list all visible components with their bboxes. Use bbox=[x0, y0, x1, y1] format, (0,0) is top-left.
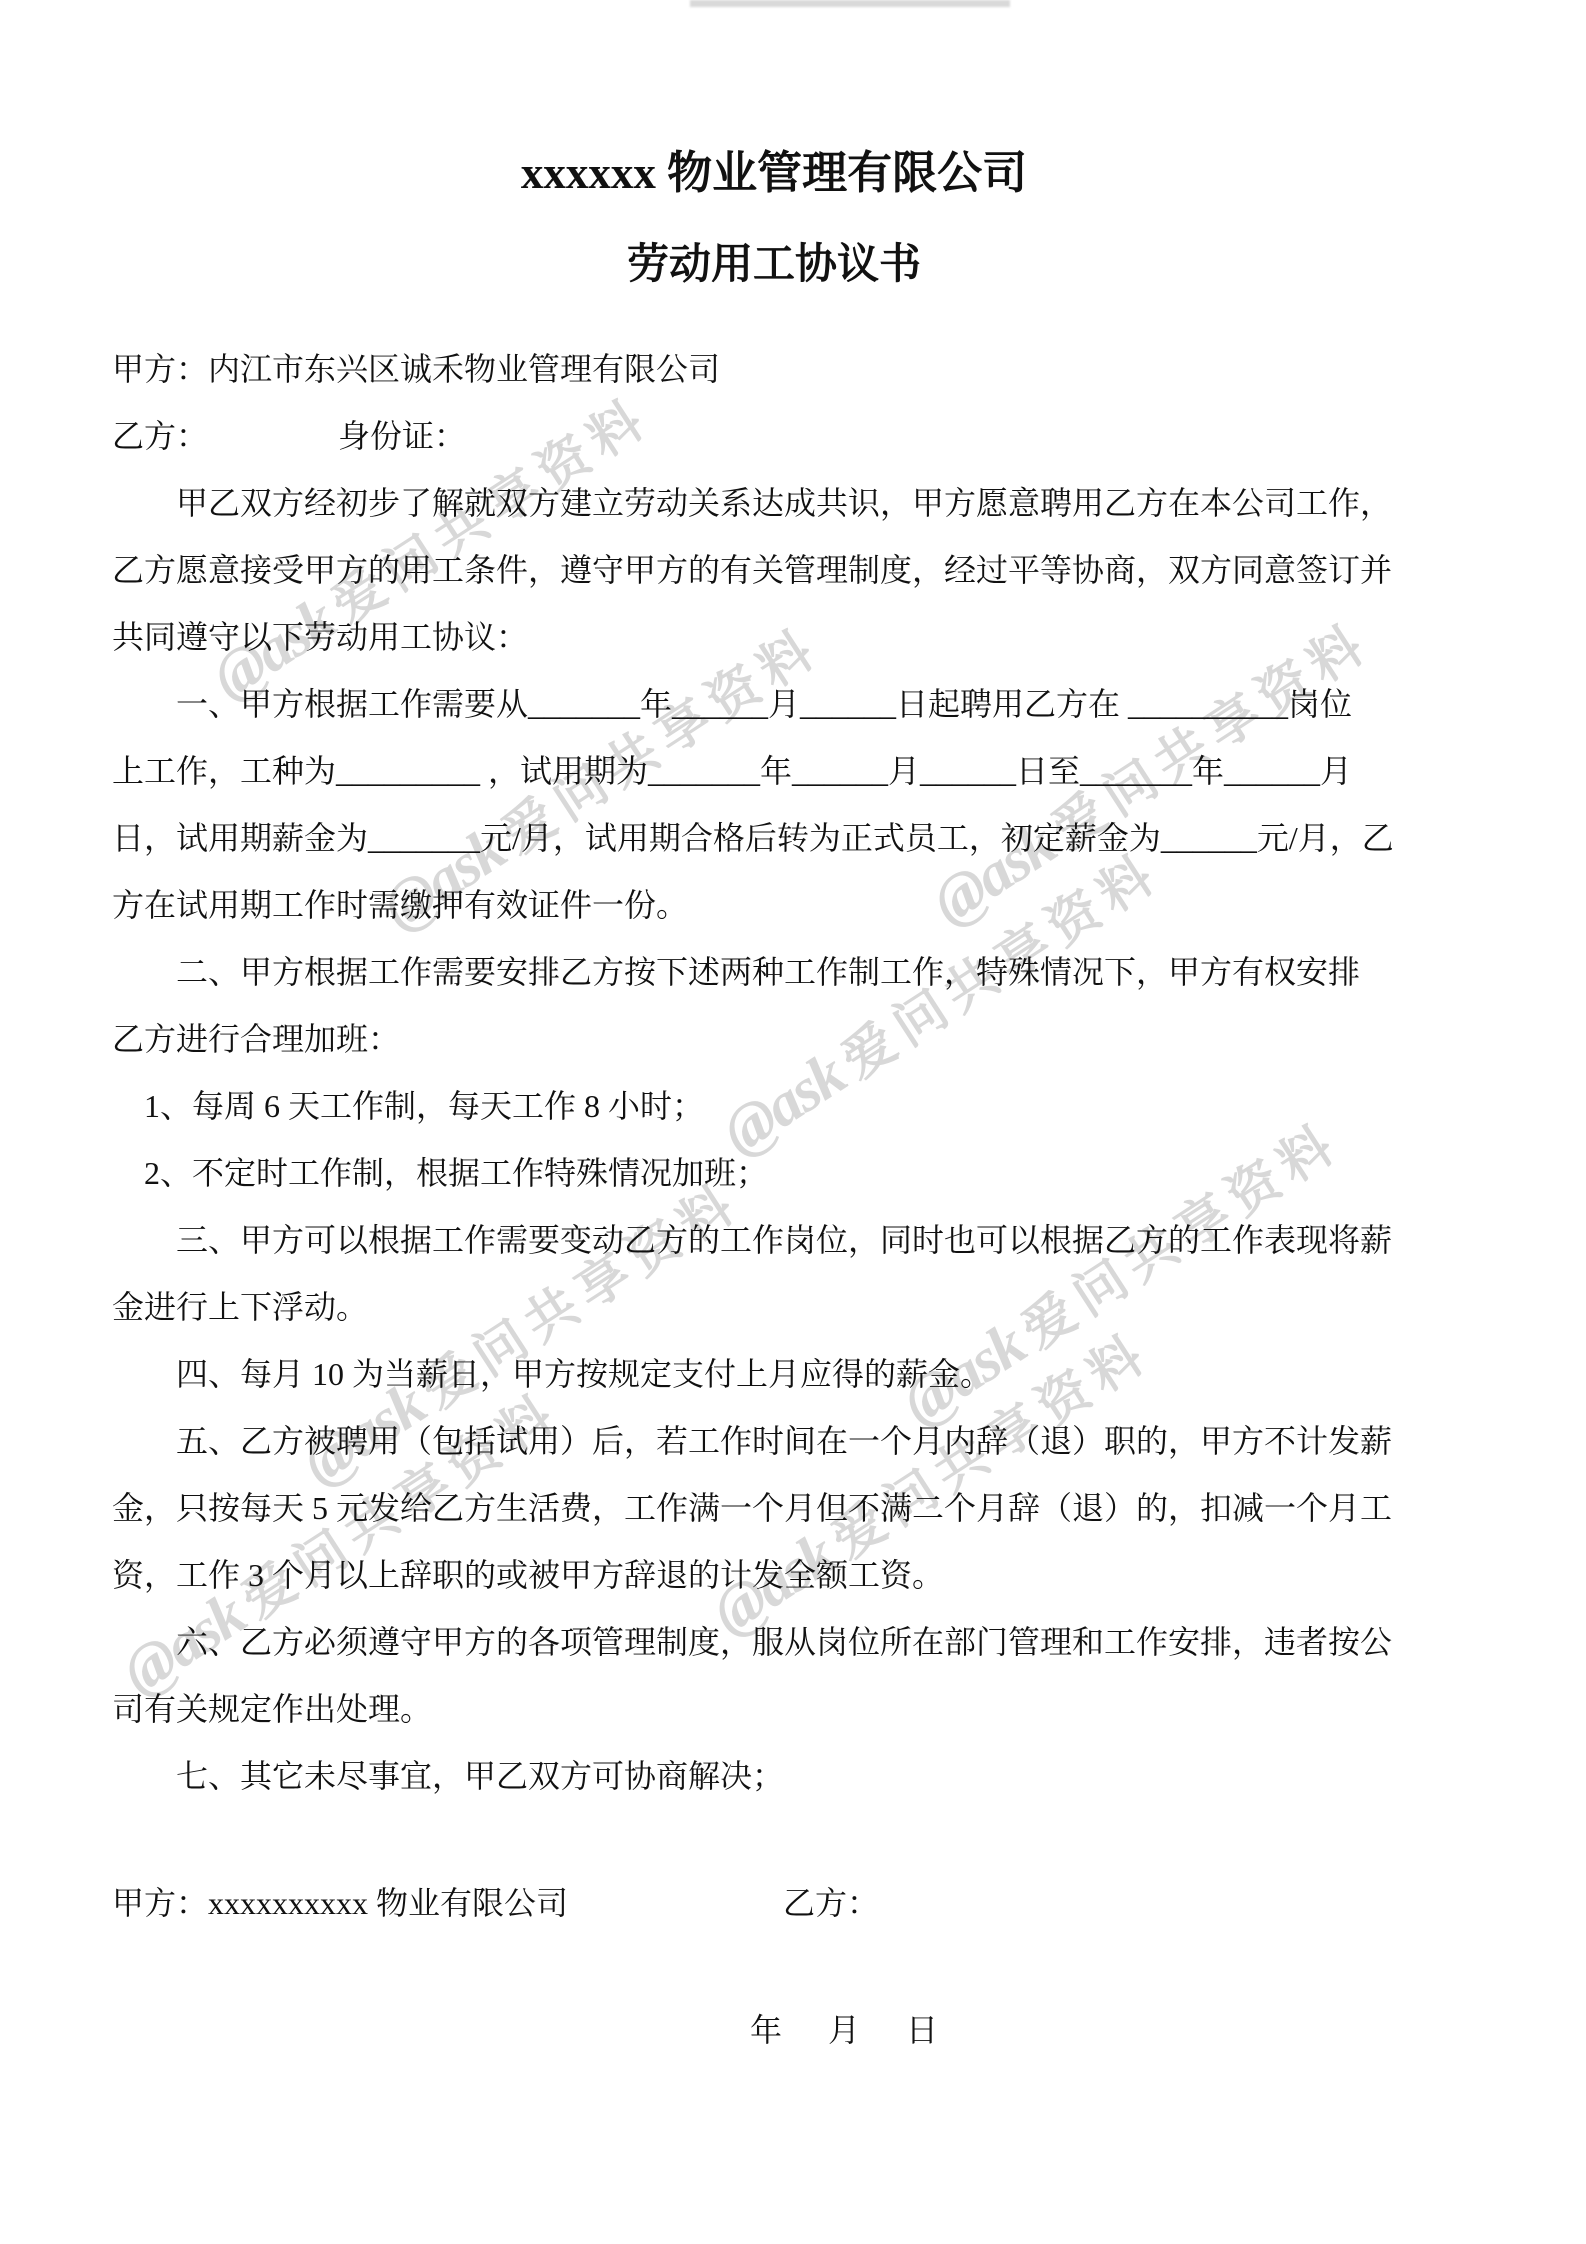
party-b-line: 乙方：身份证： bbox=[112, 403, 1436, 470]
clause-2-item-2: 2、不定时工作制，根据工作特殊情况加班； bbox=[112, 1140, 1436, 1207]
signature-date-line: 年月日 bbox=[750, 1997, 1436, 2064]
document-title: 劳动用工协议书 bbox=[112, 234, 1436, 296]
clause-5: 五、乙方被聘用（包括试用）后，若工作时间在一个月内辞（退）职的，甲方不计发薪 金… bbox=[112, 1408, 1436, 1609]
document-page: @ask爱问共享资料 @ask爱问共享资料 @ask爱问共享资料 @ask爱问共… bbox=[0, 0, 1586, 2244]
signature-party-a: 甲方：xxxxxxxxxx 物业有限公司 bbox=[112, 1885, 568, 1921]
clause-2-item-1: 1、每周 6 天工作制，每天工作 8 小时； bbox=[112, 1073, 1436, 1140]
party-a-name: 内江市东兴区诚禾物业管理有限公司 bbox=[208, 351, 720, 387]
clause-3: 三、甲方可以根据工作需要变动乙方的工作岗位，同时也可以根据乙方的工作表现将薪 金… bbox=[112, 1207, 1436, 1341]
id-card-label: 身份证： bbox=[338, 418, 466, 454]
clause-2: 二、甲方根据工作需要安排乙方按下述两种工作制工作，特殊情况下，甲方有权安排 乙方… bbox=[112, 939, 1436, 1073]
signature-block: 甲方：xxxxxxxxxx 物业有限公司乙方： bbox=[112, 1870, 1436, 1937]
clause-7: 七、其它未尽事宜，甲乙双方可协商解决； bbox=[112, 1743, 1436, 1810]
document-content: xxxxxx 物业管理有限公司 劳动用工协议书 甲方：内江市东兴区诚禾物业管理有… bbox=[0, 0, 1586, 2064]
clause-6: 六、乙方必须遵守甲方的各项管理制度，服从岗位所在部门管理和工作安排，违者按公 司… bbox=[112, 1609, 1436, 1743]
signature-party-b: 乙方： bbox=[783, 1885, 879, 1921]
clause-4: 四、每月 10 为当薪日，甲方按规定支付上月应得的薪金。 bbox=[112, 1341, 1436, 1408]
parties-block: 甲方：内江市东兴区诚禾物业管理有限公司 乙方：身份证： bbox=[112, 336, 1436, 470]
year-label: 年 bbox=[750, 2012, 782, 2048]
preamble-paragraph: 甲乙双方经初步了解就双方建立劳动关系达成共识，甲方愿意聘用乙方在本公司工作， 乙… bbox=[112, 470, 1436, 671]
party-b-label: 乙方： bbox=[112, 418, 208, 454]
month-label: 月 bbox=[828, 2012, 860, 2048]
day-label: 日 bbox=[906, 2012, 938, 2048]
party-a-label: 甲方： bbox=[112, 351, 208, 387]
company-title: xxxxxx 物业管理有限公司 bbox=[112, 142, 1436, 204]
party-a-line: 甲方：内江市东兴区诚禾物业管理有限公司 bbox=[112, 336, 1436, 403]
clause-1: 一、甲方根据工作需要从_______年______月______日起聘用乙方在 … bbox=[112, 671, 1436, 939]
